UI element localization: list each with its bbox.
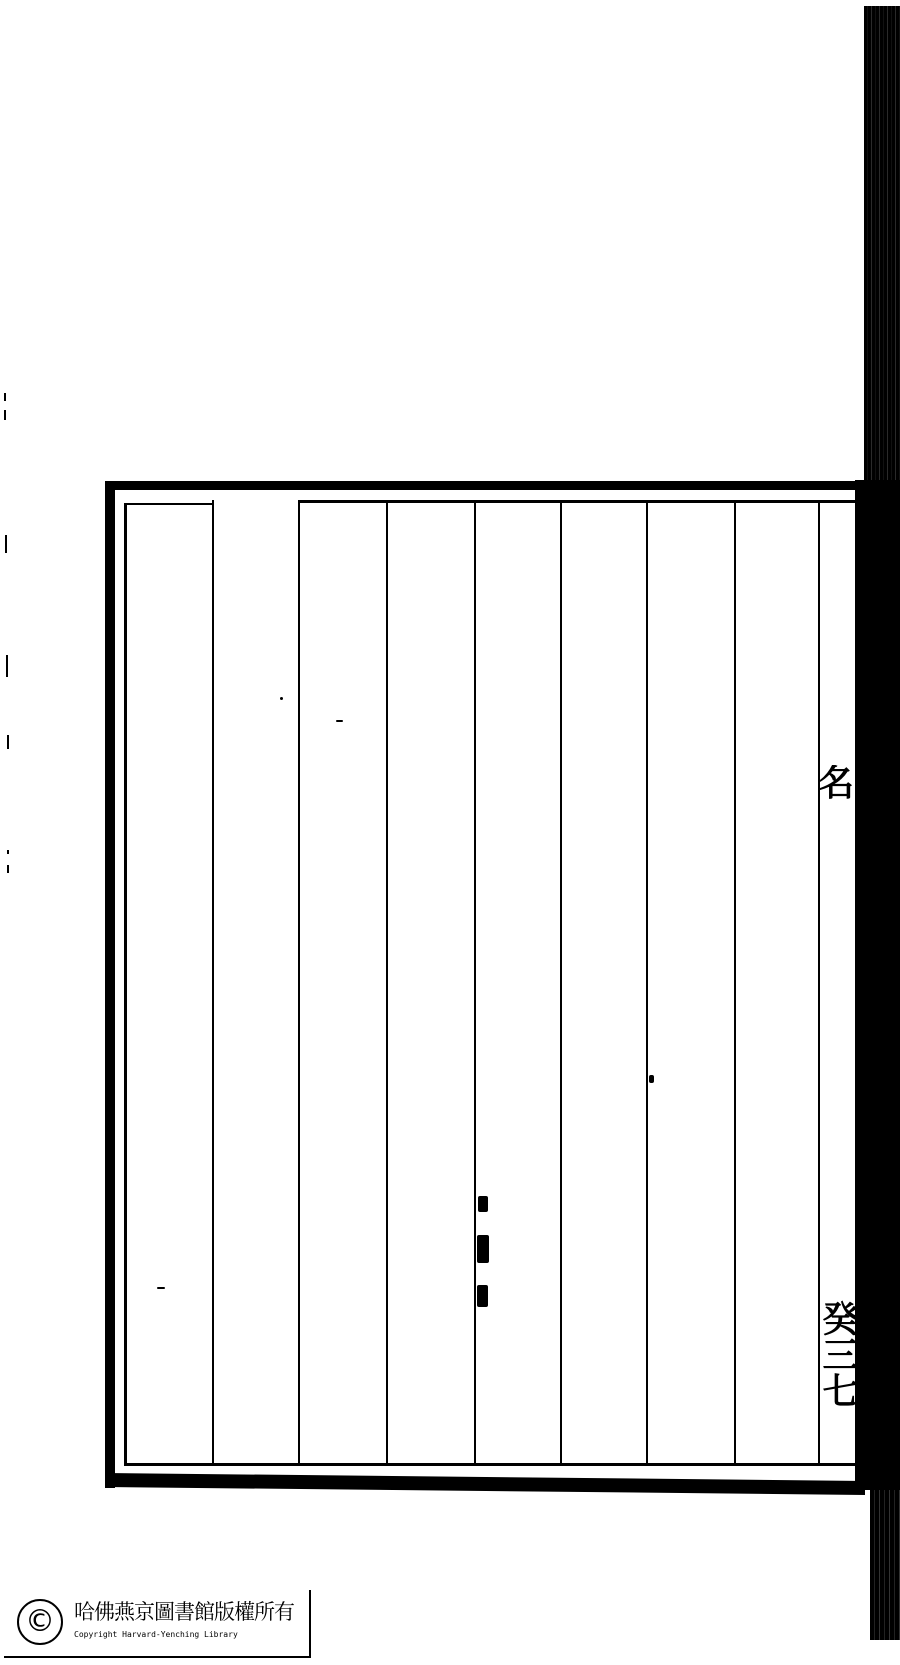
edge-tick xyxy=(4,410,6,420)
book-spine-shadow-bottom xyxy=(870,1490,900,1640)
edge-tick xyxy=(7,865,9,873)
first-column-box-top xyxy=(124,503,214,505)
frame-border-top xyxy=(105,481,865,490)
copyright-stamp: © 哈佛燕京圖書館版權所有 Copyright Harvard-Yenching… xyxy=(4,1590,311,1658)
frame-border-left xyxy=(105,481,115,1488)
book-spine-shadow xyxy=(855,480,900,1490)
column-rule xyxy=(560,500,562,1465)
column-rule xyxy=(734,500,736,1465)
frame-border-bottom xyxy=(105,1473,865,1495)
book-spine-shadow-top xyxy=(864,6,900,482)
ink-speck xyxy=(336,720,343,722)
column-rule xyxy=(474,500,476,1465)
column-rule xyxy=(646,500,648,1465)
edge-tick xyxy=(7,850,9,854)
margin-title-char: 名 xyxy=(818,765,856,801)
inner-border-bottom xyxy=(124,1463,859,1466)
column-rule xyxy=(212,500,214,1465)
edge-tick xyxy=(5,535,7,553)
copyright-chinese-text: 哈佛燕京圖書館版權所有 xyxy=(74,1596,294,1626)
ink-smudge xyxy=(478,1196,488,1212)
edge-tick xyxy=(4,393,6,401)
column-rule xyxy=(298,500,300,1465)
edge-tick xyxy=(7,735,9,749)
ink-speck xyxy=(280,697,283,700)
copyright-icon: © xyxy=(17,1599,63,1645)
ink-speck xyxy=(649,1075,654,1083)
inner-border-left xyxy=(124,503,127,1465)
ink-smudge xyxy=(477,1285,488,1307)
copyright-english-text: Copyright Harvard-Yenching Library xyxy=(74,1630,238,1639)
ink-speck xyxy=(157,1287,165,1289)
edge-tick xyxy=(6,655,8,677)
margin-page-number: 癸三七 xyxy=(818,1300,856,1460)
inner-border-top xyxy=(298,500,855,503)
column-rule xyxy=(386,500,388,1465)
ink-smudge xyxy=(477,1235,489,1263)
